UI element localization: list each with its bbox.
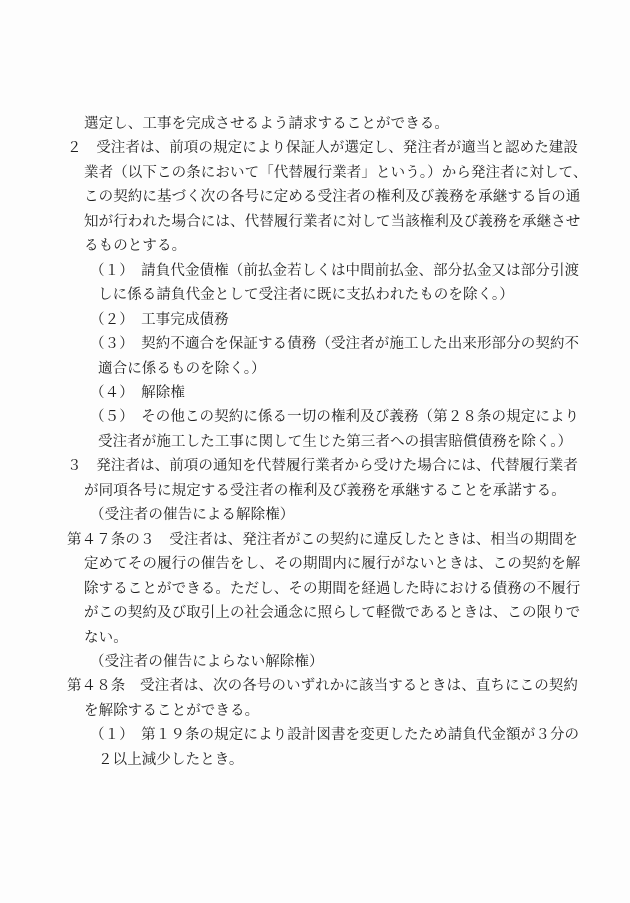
numbered-item-line: （３） 契約不適合を保証する債務（受注者が施工した出来形部分の契約不 — [90, 332, 630, 356]
clause-start-line: ３ 発注者は、前項の通知を代替履行業者から受けた場合には、代替履行業者 — [67, 454, 630, 478]
clause-continuation-line: るものとする。 — [84, 234, 630, 258]
numbered-item-line: （４） 解除権 — [90, 381, 630, 405]
item-continuation-line: ２以上減少したとき。 — [98, 748, 630, 772]
numbered-item-line: （１） 第１９条の規定により設計図書を変更したため請負代金額が３分の — [90, 723, 630, 747]
clause-continuation-line: 知が行われた場合には、代替履行業者に対して当該権利及び義務を承継させ — [84, 210, 630, 234]
clause-continuation-line: 除することができる。ただし、その期間を経過した時における債務の不履行 — [84, 577, 630, 601]
document-page: 選定し、工事を完成させるよう請求することができる。２ 受注者は、前項の規定により… — [0, 0, 630, 903]
item-continuation-line: 適合に係るものを除く。） — [98, 357, 630, 381]
clause-continuation-line: 業者（以下この条において「代替履行業者」という。）から発注者に対して、 — [84, 161, 630, 185]
section-heading-line: （受注者の催告によらない解除権） — [90, 650, 630, 674]
clause-continuation-line: 定めてその履行の催告をし、その期間内に履行がないときは、この契約を解 — [84, 552, 630, 576]
numbered-item-line: （５） その他この契約に係る一切の権利及び義務（第２８条の規定により — [90, 405, 630, 429]
clause-start-line: ２ 受注者は、前項の規定により保証人が選定し、発注者が適当と認めた建設 — [67, 136, 630, 160]
item-continuation-line: 受注者が施工した工事に関して生じた第三者への損害賠償債務を除く。） — [98, 430, 630, 454]
clause-continuation-line: この契約に基づく次の各号に定める受注者の権利及び義務を承継する旨の通 — [84, 185, 630, 209]
section-heading-line: （受注者の催告による解除権） — [90, 503, 630, 527]
clause-continuation-line: を解除することができる。 — [84, 699, 630, 723]
clause-continuation-line: がこの契約及び取引上の社会通念に照らして軽微であるときは、この限りで — [84, 601, 630, 625]
numbered-item-line: （１） 請負代金債権（前払金若しくは中間前払金、部分払金又は部分引渡 — [90, 259, 630, 283]
clause-start-line: 第４７条の３ 受注者は、発注者がこの契約に違反したときは、相当の期間を — [67, 528, 630, 552]
numbered-item-line: （２） 工事完成債務 — [90, 308, 630, 332]
clause-continuation-line: が同項各号に規定する受注者の権利及び義務を承継することを承諾する。 — [84, 479, 630, 503]
clause-start-line: 第４８条 受注者は、次の各号のいずれかに該当するときは、直ちにこの契約 — [67, 674, 630, 698]
clause-continuation-line: ない。 — [84, 626, 630, 650]
item-continuation-line: しに係る請負代金として受注者に既に支払われたものを除く。） — [98, 283, 630, 307]
contract-text-block: 選定し、工事を完成させるよう請求することができる。２ 受注者は、前項の規定により… — [0, 112, 630, 772]
clause-continuation-line: 選定し、工事を完成させるよう請求することができる。 — [84, 112, 630, 136]
